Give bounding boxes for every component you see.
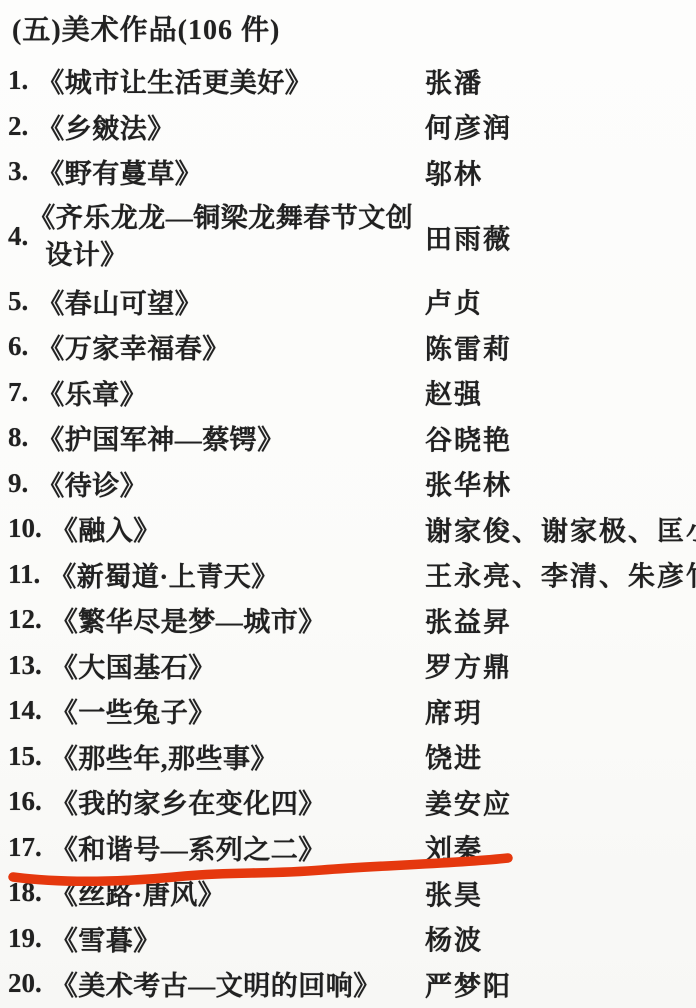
item-number: 6. (8, 331, 28, 362)
artwork-title: 《护国军神—蔡锷》 (37, 418, 285, 457)
artwork-title: 《待诊》 (37, 464, 147, 503)
artist-name: 何彦润 (425, 107, 512, 146)
item-number: 1. (8, 65, 28, 96)
item-number: 14. (8, 695, 42, 726)
item-number: 19. (8, 923, 42, 954)
list-item: 15. 《那些年,那些事》 饶进 (8, 734, 696, 780)
list-item: 14. 《一些兔子》 席玥 (8, 688, 696, 734)
artwork-title: 《野有蔓草》 (37, 152, 202, 191)
document-page: (五)美术作品(106 件) 1. 《城市让生活更美好》 张潘 2. 《乡皴法》… (0, 0, 696, 1008)
artist-name: 邬林 (425, 152, 483, 191)
artwork-title: 《新蜀道·上青天》 (49, 555, 279, 594)
artwork-title: 《和谐号—系列之二》 (51, 828, 326, 867)
artist-name: 饶进 (425, 737, 483, 776)
list-item: 3. 《野有蔓草》 邬林 (8, 149, 696, 195)
list-item: 12. 《繁华尽是梦—城市》 张益昇 (8, 597, 696, 643)
artist-name: 严梦阳 (425, 964, 512, 1003)
artist-name: 张华林 (425, 464, 512, 503)
item-number: 10. (8, 513, 42, 544)
list-item: 13. 《大国基石》 罗方鼎 (8, 643, 696, 689)
artist-name: 张昊 (425, 873, 483, 912)
item-number: 8. (8, 422, 28, 453)
artist-name: 张益昇 (425, 600, 512, 639)
item-number: 16. (8, 786, 42, 817)
list-item: 6. 《万家幸福春》 陈雷莉 (8, 324, 696, 370)
artist-name: 杨波 (425, 919, 483, 958)
item-number: 7. (8, 377, 28, 408)
artwork-title: 《万家幸福春》 (37, 327, 230, 366)
artist-name: 席玥 (425, 691, 483, 730)
list-item: 2. 《乡皴法》 何彦润 (8, 104, 696, 150)
list-item: 20. 《美术考古—文明的回响》 严梦阳 (8, 961, 696, 1007)
artwork-title: 《一些兔子》 (51, 691, 216, 730)
artwork-title: 《那些年,那些事》 (51, 737, 278, 776)
list-item: 16. 《我的家乡在变化四》 姜安应 (8, 779, 696, 825)
artwork-title: 《乐章》 (37, 373, 147, 412)
list-item: 17. 《和谐号—系列之二》 刘秦 (8, 825, 696, 871)
artwork-title: 《城市让生活更美好》 (37, 61, 312, 100)
artist-name: 田雨薇 (425, 217, 512, 256)
artwork-title: 《齐乐龙龙—铜梁龙舞春节文创设计》 (28, 200, 417, 274)
list-item: 8. 《护国军神—蔡锷》 谷晓艳 (8, 415, 696, 461)
artwork-title: 《我的家乡在变化四》 (51, 782, 326, 821)
artist-name: 陈雷莉 (425, 327, 512, 366)
list-item: 4. 《齐乐龙龙—铜梁龙舞春节文创设计》 田雨薇 (8, 195, 696, 279)
artwork-title: 《融入》 (51, 509, 161, 548)
item-number: 15. (8, 741, 42, 772)
item-number: 20. (8, 968, 42, 999)
list-item: 19. 《雪暮》 杨波 (8, 916, 696, 962)
list-item: 9. 《待诊》 张华林 (8, 461, 696, 507)
list-item: 18. 《丝路·唐风》 张昊 (8, 870, 696, 916)
section-header: (五)美术作品(106 件) (8, 12, 696, 50)
artist-name: 赵强 (425, 373, 483, 412)
item-number: 2. (8, 111, 28, 142)
artist-name: 卢贞 (425, 282, 483, 321)
artist-name: 张潘 (425, 61, 483, 100)
list-item: 11. 《新蜀道·上青天》 王永亮、李清、朱彦竹 (8, 552, 696, 598)
item-number: 18. (8, 877, 42, 908)
artist-name: 姜安应 (425, 782, 512, 821)
artwork-title: 《大国基石》 (51, 646, 216, 685)
artist-name: 罗方鼎 (425, 646, 512, 685)
artwork-list: 1. 《城市让生活更美好》 张潘 2. 《乡皴法》 何彦润 3. 《野有蔓草》 … (8, 58, 696, 1007)
artist-name: 王永亮、李清、朱彦竹 (425, 555, 696, 594)
item-number: 17. (8, 832, 42, 863)
list-item: 1. 《城市让生活更美好》 张潘 (8, 58, 696, 104)
artwork-title: 《美术考古—文明的回响》 (51, 964, 381, 1003)
artwork-title: 《春山可望》 (37, 282, 202, 321)
list-item: 7. 《乐章》 赵强 (8, 370, 696, 416)
artist-name: 刘秦 (425, 828, 483, 867)
item-number: 11. (8, 559, 40, 590)
artist-name: 谢家俊、谢家极、匡小红 (425, 509, 696, 548)
item-number: 13. (8, 650, 42, 681)
list-item: 5. 《春山可望》 卢贞 (8, 279, 696, 325)
item-number: 9. (8, 468, 28, 499)
item-number: 3. (8, 156, 28, 187)
artist-name: 谷晓艳 (425, 418, 512, 457)
artwork-title: 《繁华尽是梦—城市》 (51, 600, 326, 639)
item-number: 12. (8, 604, 42, 635)
list-item: 10. 《融入》 谢家俊、谢家极、匡小红 (8, 506, 696, 552)
item-number: 5. (8, 286, 28, 317)
artwork-title: 《丝路·唐风》 (51, 873, 226, 912)
artwork-title: 《雪暮》 (51, 919, 161, 958)
item-number: 4. (8, 221, 28, 252)
artwork-title: 《乡皴法》 (37, 107, 175, 146)
